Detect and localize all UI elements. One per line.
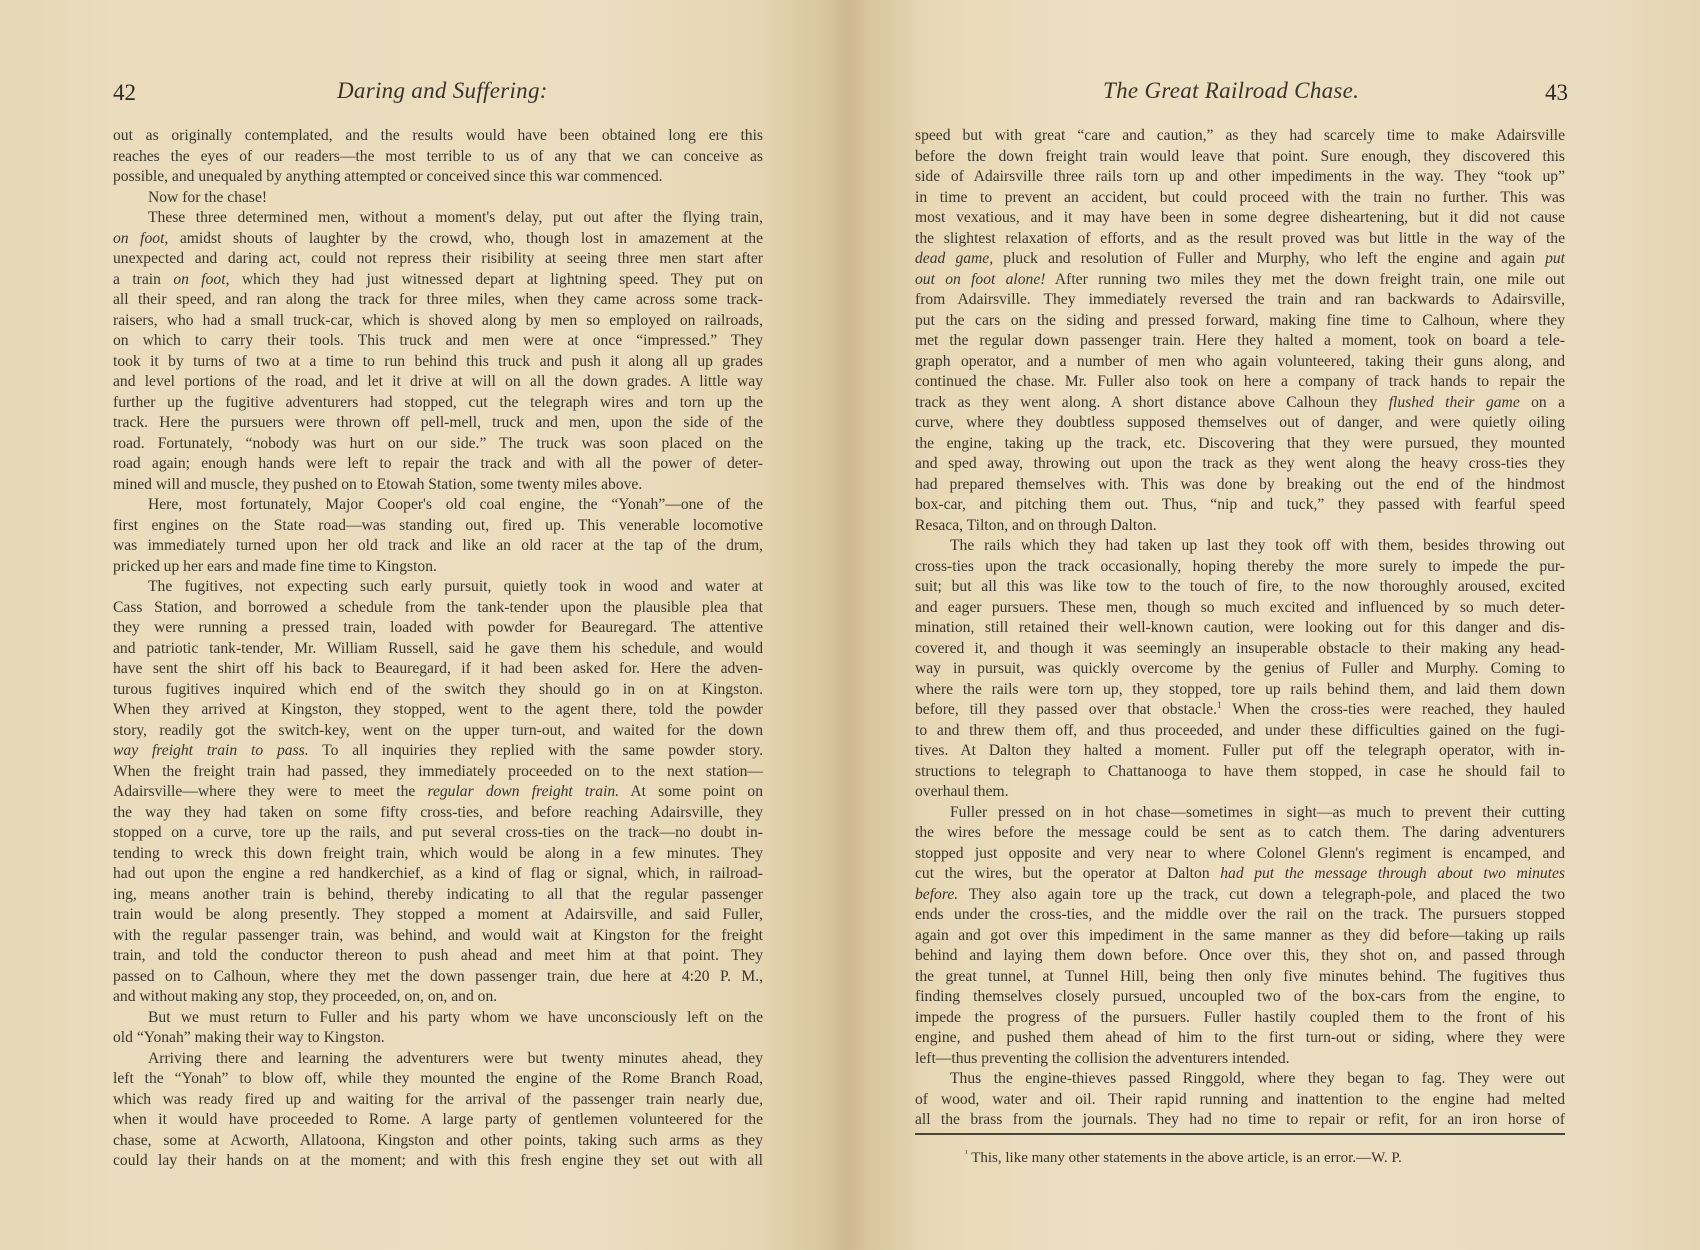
text-line: from Adairsville. They immediately rever… xyxy=(915,290,1565,311)
text-line: continued the chase. Mr. Fuller also too… xyxy=(915,372,1565,393)
text-line: before. They also again tore up the trac… xyxy=(915,885,1565,906)
text-line: the slightest relaxation of efforts, and… xyxy=(915,229,1565,250)
text-line: side of Adairsville three rails torn up … xyxy=(915,167,1565,188)
text-line: met the regular down passenger train. He… xyxy=(915,331,1565,352)
text-line: When the freight train had passed, they … xyxy=(113,762,763,783)
text-line: Here, most fortunately, Major Cooper's o… xyxy=(113,495,763,516)
text-line: track. Here the pursuers were thrown off… xyxy=(113,413,763,434)
text-line: all their speed, and ran along the track… xyxy=(113,290,763,311)
text-line: track as they went along. A short distan… xyxy=(915,393,1565,414)
text-line: Cass Station, and borrowed a schedule fr… xyxy=(113,598,763,619)
text-line: old “Yonah” making their way to Kingston… xyxy=(113,1028,763,1049)
text-line: chase, some at Acworth, Allatoona, Kings… xyxy=(113,1131,763,1152)
text-line: they were running a pressed train, loade… xyxy=(113,618,763,639)
text-line: all the brass from the journals. They ha… xyxy=(915,1110,1565,1131)
running-head: The Great Railroad Chase. xyxy=(1103,78,1359,104)
text-line: first engines on the State road—was stan… xyxy=(113,516,763,537)
text-line: and level portions of the road, and let … xyxy=(113,372,763,393)
text-line: curve, where they doubtless supposed the… xyxy=(915,413,1565,434)
body-text: speed but with great “care and caution,”… xyxy=(915,126,1565,1131)
paragraph: Fuller pressed on in hot chase—sometimes… xyxy=(915,803,1565,1070)
text-line: tending to wreck this down freight train… xyxy=(113,844,763,865)
page-number: 43 xyxy=(1545,80,1568,106)
text-line: reaches the eyes of our readers—the most… xyxy=(113,147,763,168)
text-line: have sent the shirt off his back to Beau… xyxy=(113,659,763,680)
text-line: story, readily got the switch-key, went … xyxy=(113,721,763,742)
text-line: and sped away, throwing out upon the tra… xyxy=(915,454,1565,475)
text-line: way in pursuit, was quickly overcome by … xyxy=(915,659,1565,680)
paragraph: The rails which they had taken up last t… xyxy=(915,536,1565,803)
text-line: when it would have proceeded to Rome. A … xyxy=(113,1110,763,1131)
running-head: Daring and Suffering: xyxy=(337,78,548,104)
text-line: the great tunnel, at Tunnel Hill, being … xyxy=(915,967,1565,988)
text-line: possible, and unequaled by anything atte… xyxy=(113,167,763,188)
text-line: to and threw them off, and thus proceede… xyxy=(915,721,1565,742)
footnote-text: This, like many other statements in the … xyxy=(971,1150,1402,1166)
text-line: box-car, and pitching them out. Thus, “n… xyxy=(915,495,1565,516)
paragraph: The fugitives, not expecting such early … xyxy=(113,577,763,1008)
text-line: cut the wires, but the operator at Dalto… xyxy=(915,864,1565,885)
footnote-divider xyxy=(915,1133,1565,1135)
text-line: left the “Yonah” to blow off, while they… xyxy=(113,1069,763,1090)
text-line: further up the fugitive adventurers had … xyxy=(113,393,763,414)
text-line: The rails which they had taken up last t… xyxy=(915,536,1565,557)
text-line: Resaca, Tilton, and on through Dalton. xyxy=(915,516,1565,537)
text-line: ing, means another train is behind, ther… xyxy=(113,885,763,906)
text-line: unexpected and daring act, could not rep… xyxy=(113,249,763,270)
text-line: dead game, pluck and resolution of Fulle… xyxy=(915,249,1565,270)
text-line: behind and laying them down before. Once… xyxy=(915,946,1565,967)
text-line: engine, and pushed them ahead of him to … xyxy=(915,1028,1565,1049)
text-line: But we must return to Fuller and his par… xyxy=(113,1008,763,1029)
text-line: out on foot alone! After running two mil… xyxy=(915,270,1565,291)
text-line: raisers, who had a small truck-car, whic… xyxy=(113,311,763,332)
text-line: covered it, and though it was seemingly … xyxy=(915,639,1565,660)
text-line: again and got over this impediment in th… xyxy=(915,926,1565,947)
text-line: and patriotic tank-tender, Mr. William R… xyxy=(113,639,763,660)
text-line: Adairsville—where they were to meet the … xyxy=(113,782,763,803)
page-number: 42 xyxy=(113,80,136,106)
text-line: took it by turns of two at a time to run… xyxy=(113,352,763,373)
text-line: and eager pursuers. These men, though so… xyxy=(915,598,1565,619)
text-line: put the cars on the siding and pressed f… xyxy=(915,311,1565,332)
text-line: mined will and muscle, they pushed on to… xyxy=(113,475,763,496)
text-line: overhaul them. xyxy=(915,782,1565,803)
text-line: road again; enough hands were left to re… xyxy=(113,454,763,475)
text-line: a train on foot, which they had just wit… xyxy=(113,270,763,291)
text-line: on which to carry their tools. This truc… xyxy=(113,331,763,352)
text-line: Fuller pressed on in hot chase—sometimes… xyxy=(915,803,1565,824)
text-line: the engine, taking up the track, etc. Di… xyxy=(915,434,1565,455)
body-text: out as originally contemplated, and the … xyxy=(113,126,763,1172)
text-line: stopped just opposite and very near to w… xyxy=(915,844,1565,865)
left-page: 42 Daring and Suffering: out as original… xyxy=(0,0,850,1250)
text-line: which was ready fired up and waiting for… xyxy=(113,1090,763,1111)
text-line: before the down freight train would leav… xyxy=(915,147,1565,168)
text-line: train, and told the conductor thereon to… xyxy=(113,946,763,967)
text-line: turous fugitives inquired which end of t… xyxy=(113,680,763,701)
text-line: These three determined men, without a mo… xyxy=(113,208,763,229)
text-line: tives. At Dalton they halted a moment. F… xyxy=(915,741,1565,762)
text-line: mination, still retained their well-know… xyxy=(915,618,1565,639)
text-line: could lay their hands on at the moment; … xyxy=(113,1151,763,1172)
text-line: When they arrived at Kingston, they stop… xyxy=(113,700,763,721)
text-line: suit; but all this was like tow to the t… xyxy=(915,577,1565,598)
text-line: cross-ties upon the track occasionally, … xyxy=(915,557,1565,578)
text-line: of wood, water and oil. Their rapid runn… xyxy=(915,1090,1565,1111)
text-line: passed on to Calhoun, where they met the… xyxy=(113,967,763,988)
text-line: Arriving there and learning the adventur… xyxy=(113,1049,763,1070)
text-line: Now for the chase! xyxy=(113,188,763,209)
text-line: The fugitives, not expecting such early … xyxy=(113,577,763,598)
text-line: speed but with great “care and caution,”… xyxy=(915,126,1565,147)
text-line: the wires before the message could be se… xyxy=(915,823,1565,844)
paragraph: Here, most fortunately, Major Cooper's o… xyxy=(113,495,763,577)
paragraph: out as originally contemplated, and the … xyxy=(113,126,763,188)
text-line: structions to telegraph to Chattanooga t… xyxy=(915,762,1565,783)
text-line: most vexatious, and it may have been in … xyxy=(915,208,1565,229)
text-line: out as originally contemplated, and the … xyxy=(113,126,763,147)
text-line: before, till they passed over that obsta… xyxy=(915,700,1565,721)
right-page: The Great Railroad Chase. 43 speed but w… xyxy=(850,0,1700,1250)
text-line: left—thus preventing the collision the a… xyxy=(915,1049,1565,1070)
text-line: ends under the cross-ties, and the middl… xyxy=(915,905,1565,926)
text-line: was immediately turned upon her old trac… xyxy=(113,536,763,557)
text-line: train would be along presently. They sto… xyxy=(113,905,763,926)
text-line: and without making any stop, they procee… xyxy=(113,987,763,1008)
paragraph: Arriving there and learning the adventur… xyxy=(113,1049,763,1172)
text-line: in time to prevent an accident, but coul… xyxy=(915,188,1565,209)
text-line: graph operator, and a number of men who … xyxy=(915,352,1565,373)
text-line: the way they had taken on some fifty cro… xyxy=(113,803,763,824)
text-line: impede the progress of the pursuers. Ful… xyxy=(915,1008,1565,1029)
text-line: on foot, amidst shouts of laughter by th… xyxy=(113,229,763,250)
paragraph: These three determined men, without a mo… xyxy=(113,208,763,495)
text-line: had out upon the engine a red handkerchi… xyxy=(113,864,763,885)
paragraph: speed but with great “care and caution,”… xyxy=(915,126,1565,536)
text-line: had prepared themselves with. This was d… xyxy=(915,475,1565,496)
text-line: stopped on a curve, tore up the rails, a… xyxy=(113,823,763,844)
text-line: where the rails were torn up, they stopp… xyxy=(915,680,1565,701)
text-line: road. Fortunately, “nobody was hurt on o… xyxy=(113,434,763,455)
text-line: pricked up her ears and made fine time t… xyxy=(113,557,763,578)
text-line: way freight train to pass. To all inquir… xyxy=(113,741,763,762)
paragraph: Now for the chase! xyxy=(113,188,763,209)
paragraph: Thus the engine-thieves passed Ringgold,… xyxy=(915,1069,1565,1131)
paragraph: But we must return to Fuller and his par… xyxy=(113,1008,763,1049)
book-spread: 42 Daring and Suffering: out as original… xyxy=(0,0,1700,1250)
text-line: finding themselves closely pursued, unco… xyxy=(915,987,1565,1008)
footnote-marker: ¹ xyxy=(965,1148,968,1158)
text-line: with the regular passenger train, was be… xyxy=(113,926,763,947)
text-line: Thus the engine-thieves passed Ringgold,… xyxy=(915,1069,1565,1090)
footnote: ¹ This, like many other statements in th… xyxy=(965,1150,1402,1167)
